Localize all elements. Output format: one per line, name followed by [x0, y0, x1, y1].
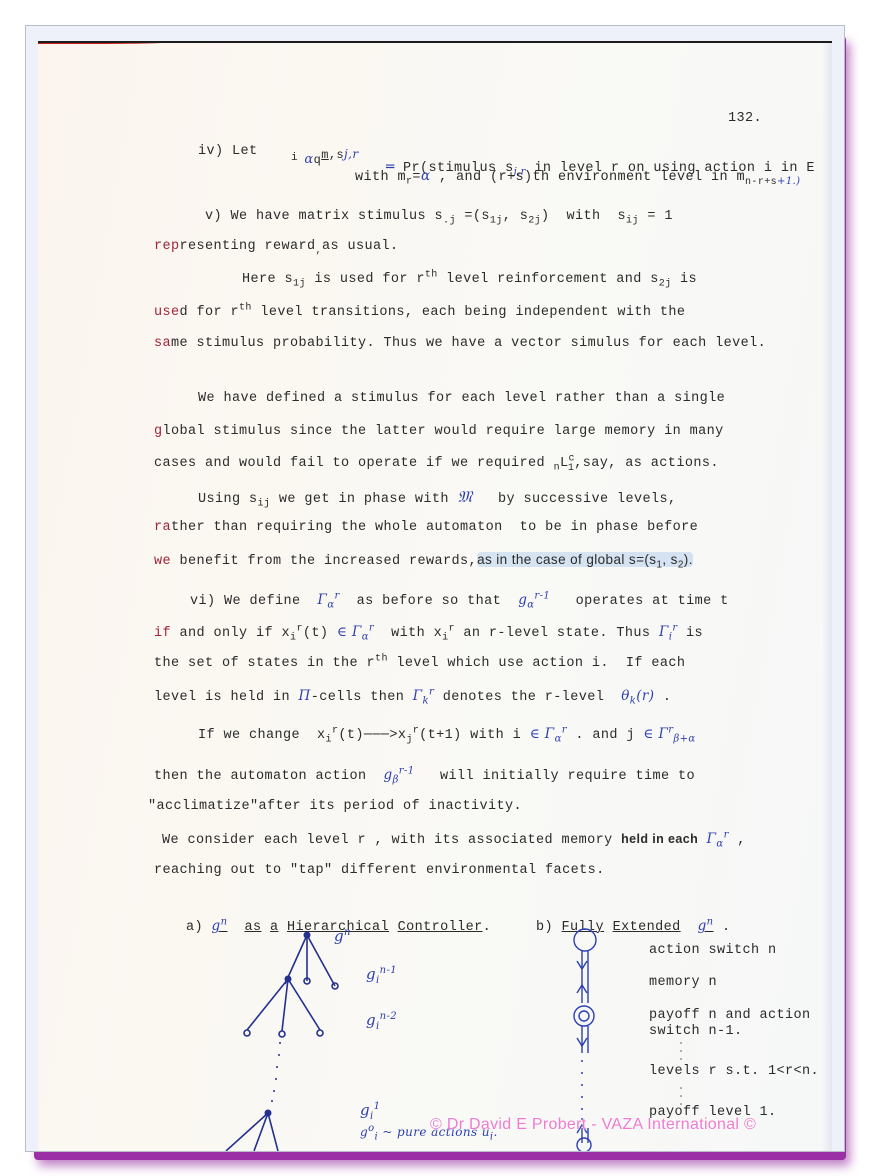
tree-label-gn: gn	[334, 927, 351, 945]
copyright-watermark: © Dr David E Probert - VAZA Internationa…	[430, 1116, 756, 1134]
fig-b-label-action-switch: action switch n	[649, 943, 777, 958]
tree-label-gn-1: gin-1	[366, 965, 397, 983]
fig-b-label-levels: levels r s.t. 1<r<n.	[649, 1064, 819, 1079]
fig-b-label-switch-n-1: switch n-1.	[649, 1024, 743, 1039]
fig-b-label-memory: memory n	[649, 975, 717, 990]
fig-b-label-payoff-n: payoff n and action	[649, 1008, 811, 1023]
typewritten-page: 132. iv) Let αqm,sj,r i ═ Pr(stimulus sj…	[38, 41, 832, 1151]
tree-label-g1: gi1	[360, 1101, 380, 1119]
tree-label-gn-2: gin-2	[366, 1011, 397, 1029]
